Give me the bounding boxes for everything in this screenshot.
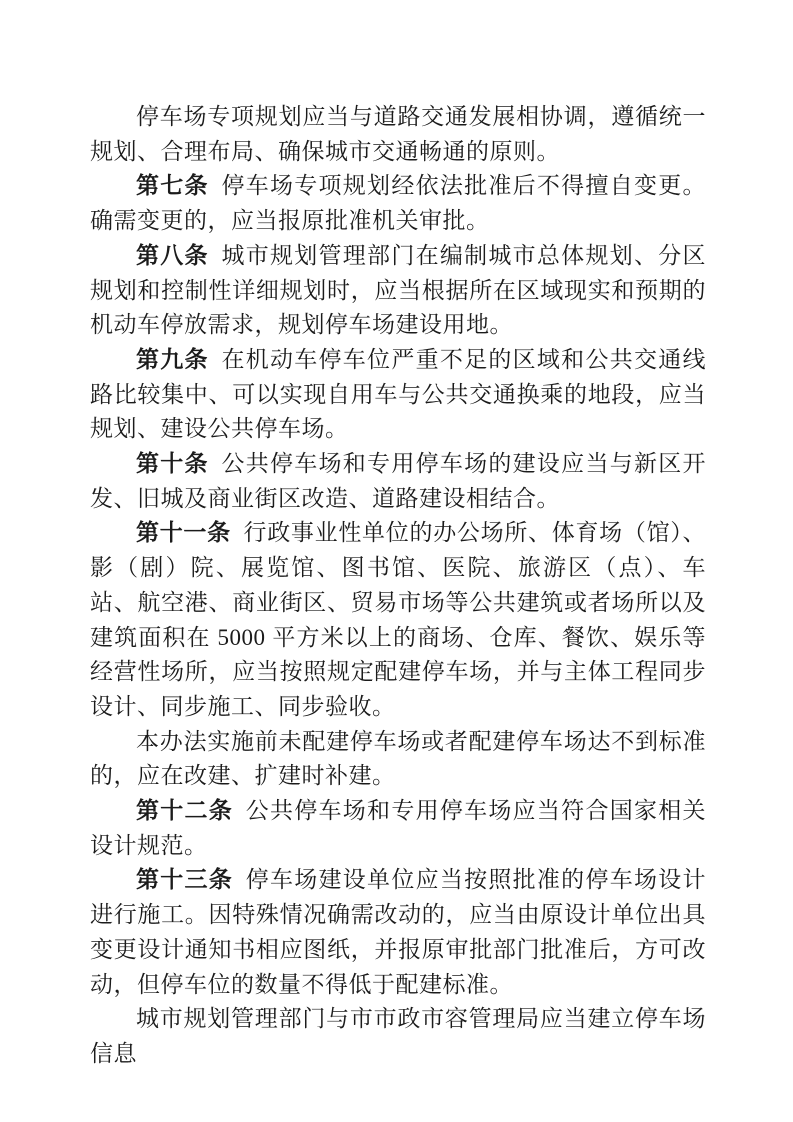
- article-label: 第九条: [136, 347, 209, 372]
- paragraph: 城市规划管理部门与市市政市容管理局应当建立停车场信息: [90, 1002, 706, 1071]
- article-label: 第十三条: [136, 867, 233, 892]
- document-page: 停车场专项规划应当与道路交通发展相协调，遵循统一规划、合理布局、确保城市交通畅通…: [0, 0, 793, 1122]
- paragraph-article-9: 第九条在机动车停车位严重不足的区域和公共交通线路比较集中、可以实现自用车与公共交…: [90, 343, 706, 447]
- paragraph-article-8: 第八条城市规划管理部门在编制城市总体规划、分区规划和控制性详细规划时，应当根据所…: [90, 239, 706, 343]
- article-label: 第八条: [136, 243, 209, 268]
- paragraph-text: 停车场专项规划应当与道路交通发展相协调，遵循统一规划、合理布局、确保城市交通畅通…: [90, 104, 706, 164]
- paragraph: 停车场专项规划应当与道路交通发展相协调，遵循统一规划、合理布局、确保城市交通畅通…: [90, 100, 706, 169]
- article-label: 第七条: [136, 173, 209, 198]
- article-label: 第十条: [136, 451, 209, 476]
- paragraph-text: 行政事业性单位的办公场所、体育场（馆）、影（剧）院、展览馆、图书馆、医院、旅游区…: [90, 520, 706, 719]
- document-content: 停车场专项规划应当与道路交通发展相协调，遵循统一规划、合理布局、确保城市交通畅通…: [90, 100, 706, 1072]
- paragraph-article-10: 第十条公共停车场和专用停车场的建设应当与新区开发、旧城及商业街区改造、道路建设相…: [90, 447, 706, 516]
- paragraph-text: 本办法实施前未配建停车场或者配建停车场达不到标准的，应在改建、扩建时补建。: [90, 729, 706, 789]
- paragraph-article-7: 第七条停车场专项规划经依法批准后不得擅自变更。确需变更的，应当报原批准机关审批。: [90, 169, 706, 238]
- paragraph-article-12: 第十二条公共停车场和专用停车场应当符合国家相关设计规范。: [90, 794, 706, 863]
- paragraph-article-13: 第十三条停车场建设单位应当按照批准的停车场设计进行施工。因特殊情况确需改动的，应…: [90, 863, 706, 1002]
- paragraph-text: 城市规划管理部门与市市政市容管理局应当建立停车场信息: [90, 1006, 706, 1066]
- paragraph-article-11: 第十一条行政事业性单位的办公场所、体育场（馆）、影（剧）院、展览馆、图书馆、医院…: [90, 516, 706, 724]
- paragraph: 本办法实施前未配建停车场或者配建停车场达不到标准的，应在改建、扩建时补建。: [90, 725, 706, 794]
- article-label: 第十二条: [136, 798, 233, 823]
- article-label: 第十一条: [136, 520, 231, 545]
